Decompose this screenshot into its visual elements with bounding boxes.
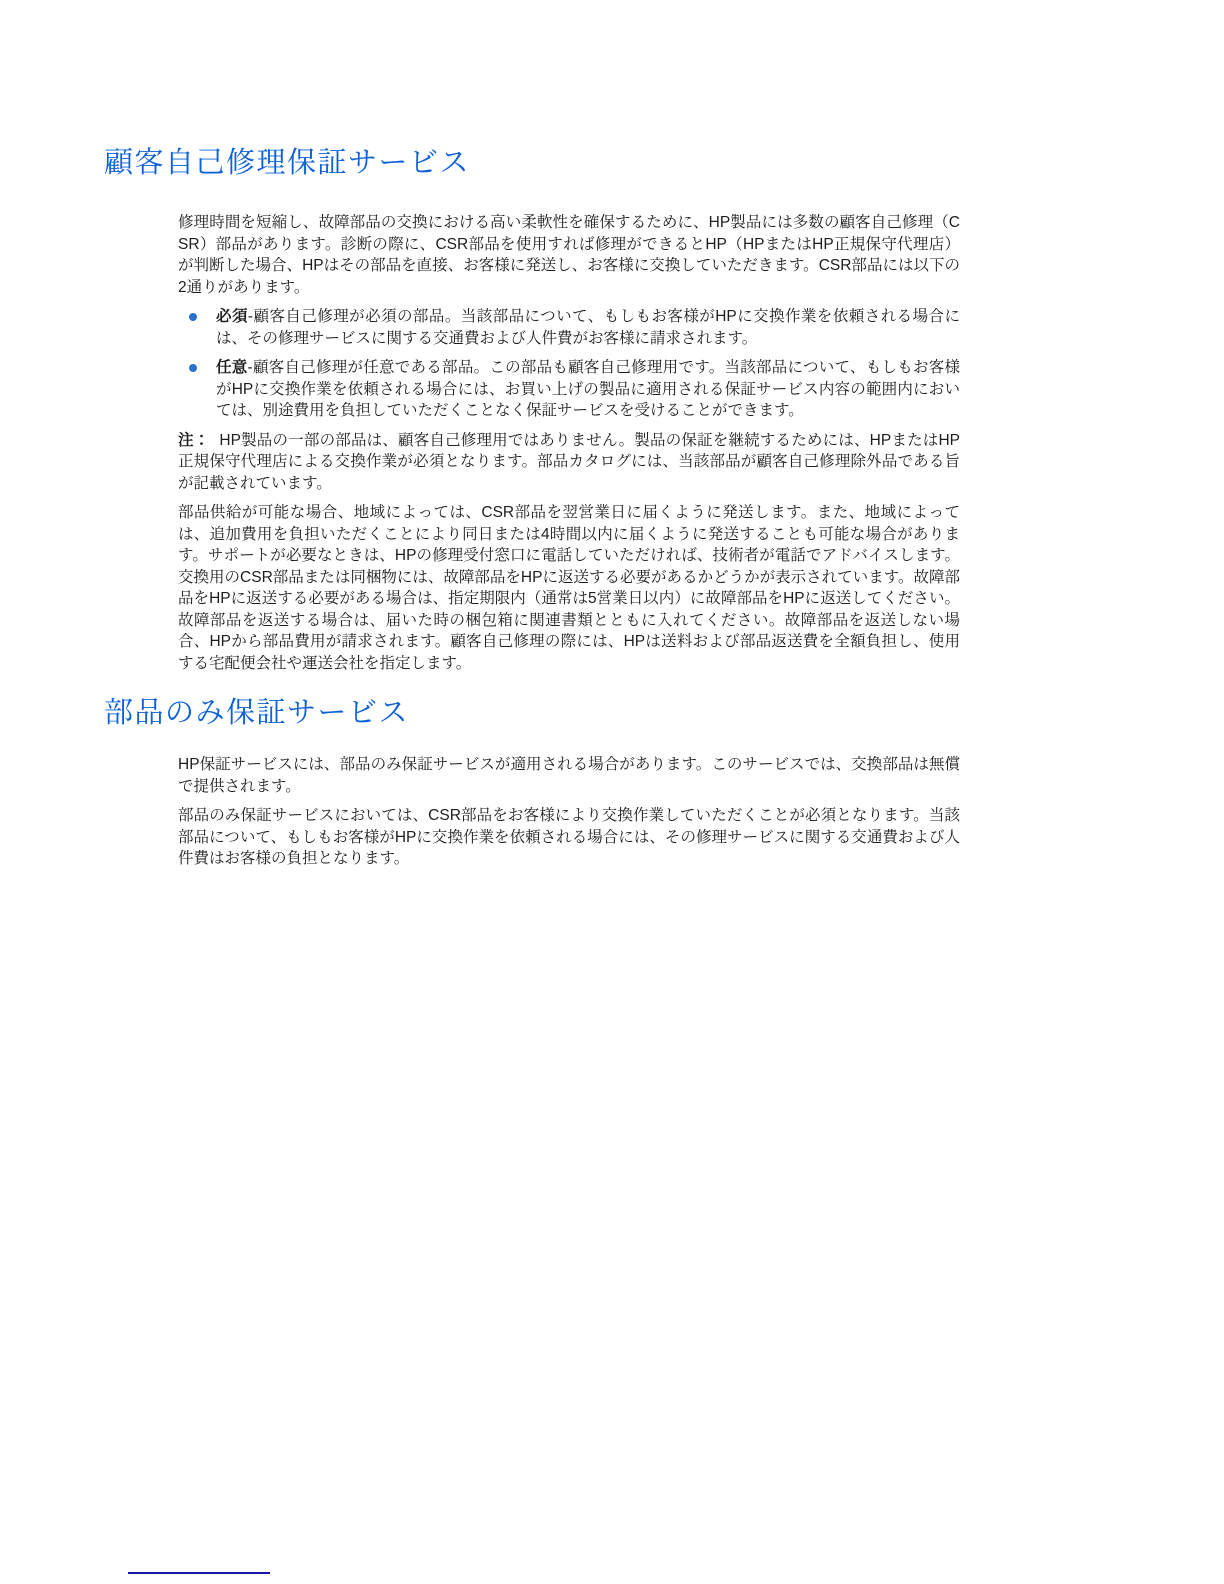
bullet-optional-text: -顧客自己修理が任意である部品。この部品も顧客自己修理用です。当該部品について、… [216, 359, 960, 419]
bullet-icon [189, 313, 197, 321]
csr-note-paragraph: 注：HP製品の一部の部品は、顧客自己修理用ではありません。製品の保証を継続するた… [178, 430, 960, 495]
bullet-optional-lead: 任意 [216, 359, 248, 376]
parts-only-section-body: HP保証サービスには、部品のみ保証サービスが適用される場合があります。このサービ… [178, 754, 960, 870]
bullet-item-mandatory: 必須-顧客自己修理が必須の部品。当該部品について、もしもお客様がHPに交換作業を… [178, 306, 960, 349]
csr-shipping-paragraph: 部品供給が可能な場合、地域によっては、CSR部品を翌営業日に届くように発送します… [178, 502, 960, 674]
csr-section-body: 修理時間を短縮し、故障部品の交換における高い柔軟性を確保するために、HP製品には… [178, 212, 960, 674]
section-title-csr: 顧客自己修理保証サービス [104, 0, 1224, 180]
document-page: 顧客自己修理保証サービス 修理時間を短縮し、故障部品の交換における高い柔軟性を確… [0, 0, 1224, 1584]
csr-intro-paragraph: 修理時間を短縮し、故障部品の交換における高い柔軟性を確保するために、HP製品には… [178, 212, 960, 298]
bullet-mandatory-text: -顧客自己修理が必須の部品。当該部品について、もしもお客様がHPに交換作業を依頼… [216, 308, 960, 347]
bullet-mandatory-lead: 必須 [216, 308, 248, 325]
csr-bullet-list: 必須-顧客自己修理が必須の部品。当該部品について、もしもお客様がHPに交換作業を… [178, 306, 960, 422]
note-label: 注： [178, 432, 219, 449]
bullet-item-optional: 任意-顧客自己修理が任意である部品。この部品も顧客自己修理用です。当該部品につい… [178, 357, 960, 422]
section-title-parts-only: 部品のみ保証サービス [104, 696, 1224, 730]
bullet-icon [189, 364, 197, 372]
footer-rule [128, 1572, 270, 1574]
note-text: HP製品の一部の部品は、顧客自己修理用ではありません。製品の保証を継続するために… [178, 432, 960, 492]
parts-only-paragraph-1: HP保証サービスには、部品のみ保証サービスが適用される場合があります。このサービ… [178, 754, 960, 797]
parts-only-paragraph-2: 部品のみ保証サービスにおいては、CSR部品をお客様により交換作業していただくこと… [178, 805, 960, 870]
